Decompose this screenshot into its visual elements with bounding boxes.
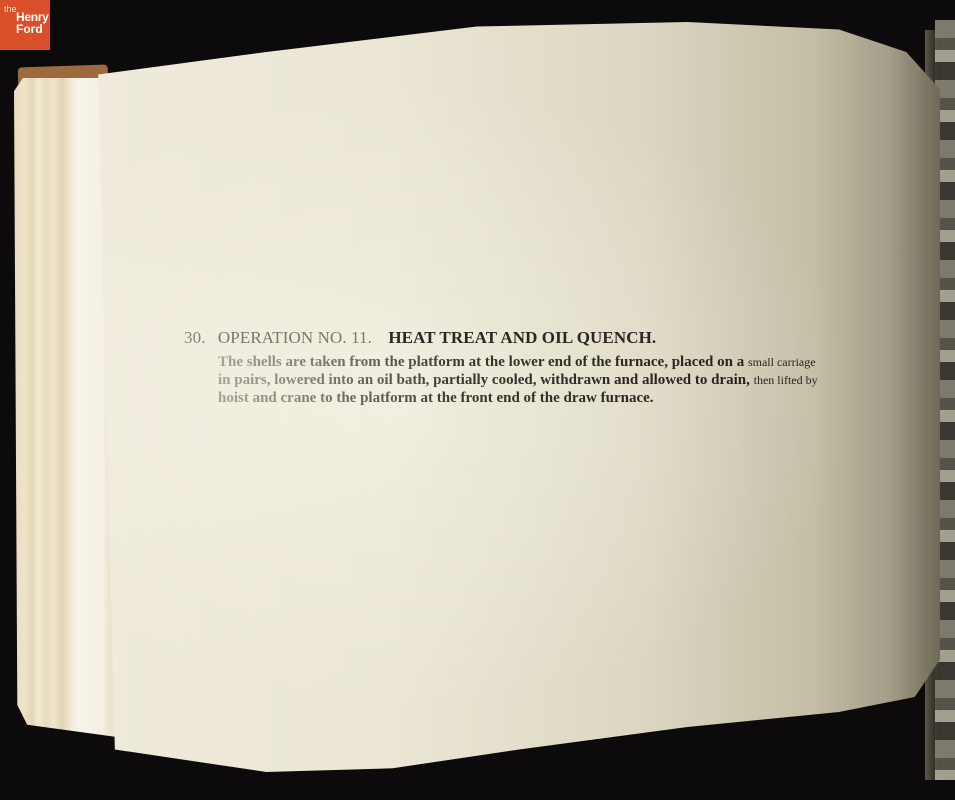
body-line-text: hoist and crane to the platform at the f… bbox=[218, 390, 654, 406]
operation-title: HEAT TREAT AND OIL QUENCH. bbox=[388, 328, 656, 347]
body-line-text: in pairs, lowered into an oil bath, part… bbox=[218, 372, 754, 388]
body-line: The shells are taken from the platform a… bbox=[218, 353, 908, 371]
body-line: in pairs, lowered into an oil bath, part… bbox=[218, 371, 908, 389]
body-line-small-text: then lifted by bbox=[754, 373, 818, 387]
caption-body: The shells are taken from the platform a… bbox=[218, 353, 908, 407]
body-line-small-text: small carriage bbox=[748, 355, 816, 369]
henry-ford-logo: the Henry Ford bbox=[0, 0, 50, 50]
body-line: hoist and crane to the platform at the f… bbox=[218, 389, 908, 407]
body-line-text: The shells are taken from the platform a… bbox=[218, 354, 748, 370]
operation-label: OPERATION NO. 11. bbox=[218, 328, 372, 347]
logo-ford: Ford bbox=[16, 23, 50, 35]
caption-block: 30. OPERATION NO. 11. HEAT TREAT AND OIL… bbox=[184, 328, 924, 407]
caption-heading: 30. OPERATION NO. 11. HEAT TREAT AND OIL… bbox=[184, 328, 924, 348]
item-number: 30. bbox=[184, 328, 206, 347]
